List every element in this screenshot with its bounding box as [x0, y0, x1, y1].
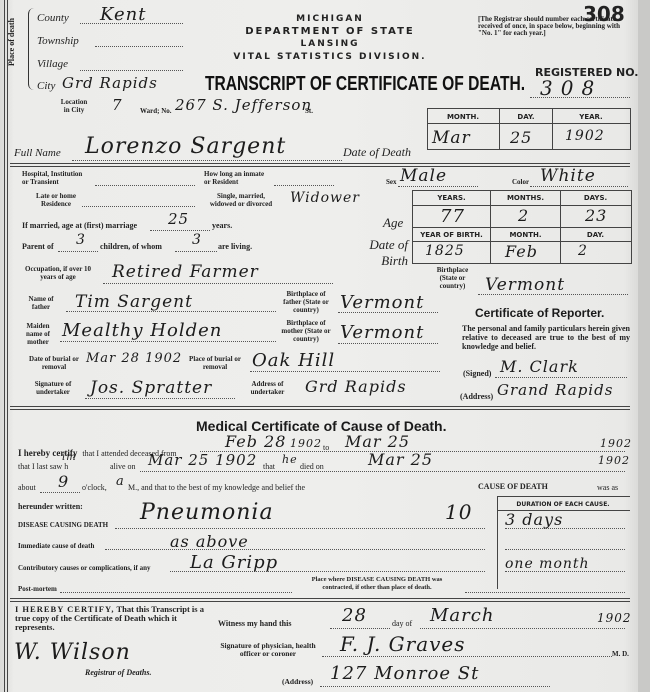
to-label: to: [323, 443, 329, 452]
left-border-inner: [7, 0, 8, 692]
divider-bottom: [10, 598, 630, 602]
township-line: [95, 46, 183, 47]
township-label: Township: [37, 35, 79, 47]
division-heading: VITAL STATISTICS DIVISION.: [205, 52, 455, 62]
document-title: TRANSCRIPT OF CERTIFICATE OF DEATH.: [205, 73, 525, 96]
location-label: Location in City: [60, 98, 88, 114]
witness-label: Witness my hand this: [218, 619, 291, 628]
living-suffix: are living.: [218, 243, 252, 251]
reporter-address-label: (Address): [460, 393, 493, 401]
father-value: Tim Sargent: [75, 292, 193, 312]
marital-value: Widower: [290, 190, 360, 206]
birth-year-header: YEAR OF BIRTH.: [413, 231, 490, 239]
place-of-death-side-label: Place of death: [8, 18, 16, 66]
contributory-duration: one month: [505, 556, 590, 572]
physician-signature: F. J. Graves: [340, 632, 466, 656]
street-value: 267 S. Jefferson: [175, 96, 312, 114]
parent-of-label: Parent of: [22, 243, 54, 251]
living-value: 3: [192, 232, 202, 248]
undertaker-address-label: Address of undertaker: [240, 380, 295, 396]
death-month-header: MONTH.: [428, 113, 498, 121]
full-name-line: [72, 160, 342, 161]
died-on-year: 1902: [598, 454, 630, 467]
age-label: Age: [383, 215, 403, 231]
last-saw-pronoun: im: [62, 452, 77, 463]
undertaker-label: Signature of undertaker: [22, 380, 84, 396]
late-residence-label: Late or home Residence: [22, 192, 90, 208]
reporter-signed-value: M. Clark: [500, 357, 579, 376]
hereunder-label: hereunder written:: [18, 503, 83, 511]
mother-birthplace-value: Vermont: [340, 322, 424, 343]
street-suffix: St.: [305, 107, 313, 115]
age-months-value: 2: [518, 206, 529, 225]
stamp-number: 308: [583, 2, 625, 26]
mother-value: Mealthy Holden: [62, 320, 222, 341]
full-name-label: Full Name: [14, 147, 61, 159]
children-value: 3: [76, 232, 86, 248]
mother-label: Maiden name of mother: [22, 322, 54, 346]
left-border: [4, 0, 5, 692]
burial-place-value: Oak Hill: [252, 350, 335, 371]
county-label: County: [37, 12, 69, 24]
disease-code: 10: [445, 500, 472, 524]
color-label: Color: [512, 178, 529, 186]
reporter-title: Certificate of Reporter.: [475, 306, 604, 320]
burial-date-value: Mar 28 1902: [86, 351, 182, 366]
father-birthplace-value: Vermont: [340, 292, 424, 313]
ward-label: Ward; No.: [140, 107, 172, 115]
birthplace-label: Birthplace (State or country): [430, 266, 475, 290]
death-day-header: DAY.: [500, 113, 552, 121]
died-on-label: died on: [300, 462, 324, 471]
md-label: M. D.: [612, 650, 629, 658]
that-label: that: [263, 462, 275, 471]
birth-month-value: Feb: [505, 242, 538, 261]
m-label: M., and that to the best of my knowledge…: [128, 483, 305, 492]
day-of-label: day of: [392, 619, 412, 628]
registrar-label: Registrar of Deaths.: [85, 668, 151, 677]
immediate-label: Immediate cause of death: [18, 542, 94, 550]
birth-year-value: 1825: [425, 243, 465, 259]
contributory-label: Contributory causes or complications, if…: [18, 564, 150, 572]
department-heading: DEPARTMENT OF STATE: [200, 26, 460, 37]
occupation-value: Retired Farmer: [112, 262, 259, 282]
age-months-header: MONTHS.: [491, 194, 560, 202]
right-edge-shadow: [638, 0, 650, 692]
age-days-header: DAYS.: [561, 194, 630, 202]
state-heading: MICHIGAN: [230, 14, 430, 24]
reporter-address-value: Grand Rapids: [497, 381, 613, 399]
physician-address-label: (Address): [282, 678, 313, 686]
attended-to-year: 1902: [600, 437, 632, 450]
witness-day: 28: [342, 605, 367, 626]
dob-label: Date of Birth: [358, 237, 408, 269]
father-label: Name of father: [22, 295, 60, 311]
full-name-value: Lorenzo Sargent: [85, 134, 286, 159]
color-value: White: [540, 166, 596, 186]
place-bracket: [28, 8, 35, 90]
sex-value: Male: [400, 166, 447, 186]
age-years-value: 77: [440, 206, 465, 227]
undertaker-value: Jos. Spratter: [90, 378, 212, 398]
hospital-label: Hospital, Institution or Transient: [22, 170, 90, 186]
disease-label: DISEASE CAUSING DEATH: [18, 521, 108, 529]
died-pronoun: he: [282, 453, 298, 466]
married-age-value: 25: [168, 210, 189, 228]
meridian-value: a: [116, 474, 125, 489]
divider-top: [10, 163, 630, 167]
children-mid-label: children, of whom: [100, 243, 162, 251]
marital-label: Single, married, widowed or divorced: [204, 192, 278, 208]
about-label: about: [18, 483, 36, 492]
contracted-label: Place where DISEASE CAUSING DEATH was co…: [302, 576, 452, 592]
city-heading: LANSING: [230, 39, 430, 49]
birth-day-header: DAY.: [561, 231, 630, 239]
village-label: Village: [37, 58, 68, 70]
age-days-value: 23: [585, 206, 607, 225]
occupation-label: Occupation, if over 10 years of age: [22, 265, 94, 281]
death-day-value: 25: [510, 128, 532, 147]
reporter-text: The personal and family particulars here…: [462, 324, 630, 351]
burial-date-label: Date of burial or removal: [22, 355, 86, 371]
disease-duration: 3 days: [505, 510, 563, 529]
how-long-label: How long an inmate or Resident: [204, 170, 268, 186]
reporter-signed-label: (Signed): [463, 370, 491, 378]
witness-month: March: [430, 605, 494, 626]
postmortem-label: Post-mortem: [18, 585, 57, 593]
alive-on-label: alive on: [110, 462, 136, 471]
village-line: [80, 70, 183, 71]
attended-from-year: 1902: [290, 437, 322, 450]
burial-place-label: Place of burial or removal: [185, 355, 245, 371]
ward-value: 7: [112, 96, 123, 114]
registrar-signature: W. Wilson: [14, 640, 131, 665]
sex-label: Sex: [386, 178, 397, 186]
was-label: was as: [597, 483, 618, 492]
divider-middle: [10, 406, 630, 410]
birth-month-header: MONTH.: [491, 231, 560, 239]
hour-value: 9: [58, 472, 69, 491]
birth-day-value: 2: [578, 243, 588, 259]
age-years-header: YEARS.: [413, 194, 490, 202]
physician-label: Signature of physician, health officer o…: [218, 642, 318, 658]
death-year-header: YEAR.: [553, 113, 629, 121]
footer-certify: I HEREBY CERTIFY, That this Transcript i…: [15, 605, 205, 632]
disease-value: Pneumonia: [140, 500, 274, 525]
mother-birthplace-label: Birthplace of mother (State or country): [280, 319, 332, 343]
attended-from-value: Feb 28: [225, 432, 286, 451]
cause-of-death-caps: CAUSE OF DEATH: [478, 482, 548, 491]
immediate-value: as above: [170, 532, 249, 551]
oclock-label: o'clock,: [82, 483, 107, 492]
duration-header: DURATION OF EACH CAUSE.: [498, 501, 628, 508]
registered-no-value: 308: [540, 76, 602, 100]
death-year-value: 1902: [565, 128, 605, 144]
contributory-value: La Gripp: [190, 552, 278, 573]
county-value: Kent: [100, 4, 146, 25]
death-month-value: Mar: [432, 128, 471, 148]
last-saw-label: that I last saw h: [18, 462, 68, 471]
married-age-label: If married, age at (first) marriage: [22, 222, 137, 230]
father-birthplace-label: Birthplace of father (State or country): [280, 290, 332, 314]
city-value: Grd Rapids: [62, 74, 158, 92]
undertaker-address-value: Grd Rapids: [305, 377, 407, 396]
attended-to-value: Mar 25: [345, 432, 410, 451]
died-on-value: Mar 25: [368, 450, 433, 469]
married-age-suffix: years.: [212, 222, 232, 230]
date-of-death-label: Date of Death: [343, 145, 411, 160]
city-label: City: [37, 80, 55, 92]
physician-address-value: 127 Monroe St: [330, 663, 479, 684]
alive-on-value: Mar 25 1902: [148, 451, 257, 469]
birthplace-value: Vermont: [485, 275, 565, 295]
death-certificate-document: Place of death County Kent Township Vill…: [0, 0, 650, 692]
witness-year: 1902: [597, 611, 632, 625]
